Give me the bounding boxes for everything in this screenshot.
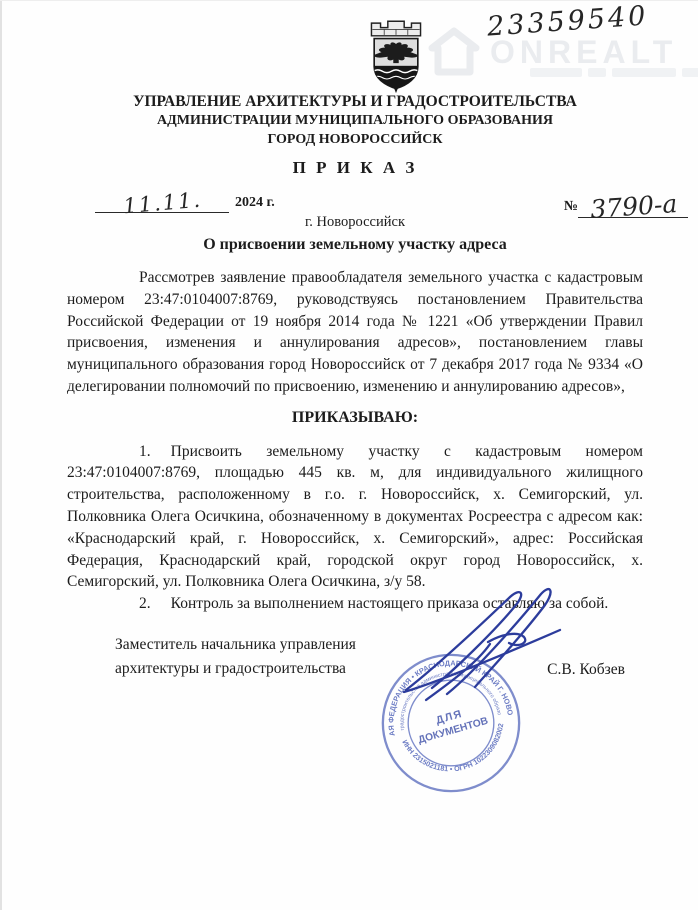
signatory-position-line1: Заместитель начальника управления: [115, 633, 356, 657]
org-name-line1: УПРАВЛЕНИЕ АРХИТЕКТУРЫ И ГРАДОСТРОИТЕЛЬС…: [40, 92, 670, 111]
scan-edge-left: [0, 0, 2, 910]
watermark-subtext-blur: [530, 68, 698, 77]
year-label: 2024 г.: [235, 195, 275, 213]
order-word: ПРИКАЗЫВАЮ:: [67, 407, 643, 429]
date-underline: 11.11.: [95, 188, 229, 213]
org-name-line3: ГОРОД НОВОРОССИЙСК: [40, 130, 670, 149]
ink-signature: [392, 580, 582, 708]
order-item-1-number: 1.: [139, 443, 151, 460]
watermark-label: ONREALT: [490, 34, 677, 71]
org-name-line2: АДМИНИСТРАЦИИ МУНИЦИПАЛЬНОГО ОБРАЗОВАНИЯ: [40, 111, 670, 130]
order-item-2-number: 2.: [139, 595, 151, 612]
scanned-document-page: 23359540 ONREALT УПРАВЛЕНИЕ АРХИТЕКТУРЫ …: [0, 0, 698, 910]
date-group: 11.11. 2024 г.: [95, 188, 275, 213]
signatory-position-line2: архитектуры и градостроительства: [115, 657, 356, 681]
document-type-title: П Р И К А З: [40, 158, 670, 178]
city-coat-of-arms: [357, 14, 435, 94]
order-item-1: 1.Присвоить земельному участку с кадастр…: [67, 441, 643, 594]
house-icon: [428, 26, 480, 78]
order-item-1-text: Присвоить земельному участку с кадастров…: [67, 443, 643, 591]
document-subject: О присвоении земельному участку адреса: [40, 236, 670, 254]
org-header: УПРАВЛЕНИЕ АРХИТЕКТУРЫ И ГРАДОСТРОИТЕЛЬС…: [40, 92, 670, 149]
preamble-paragraph: Рассмотрев заявление правообладателя зем…: [67, 267, 643, 398]
city-line: г. Новороссийск: [40, 214, 670, 231]
signatory-position: Заместитель начальника управления архите…: [115, 633, 356, 681]
scan-edge-top: [0, 0, 698, 1]
